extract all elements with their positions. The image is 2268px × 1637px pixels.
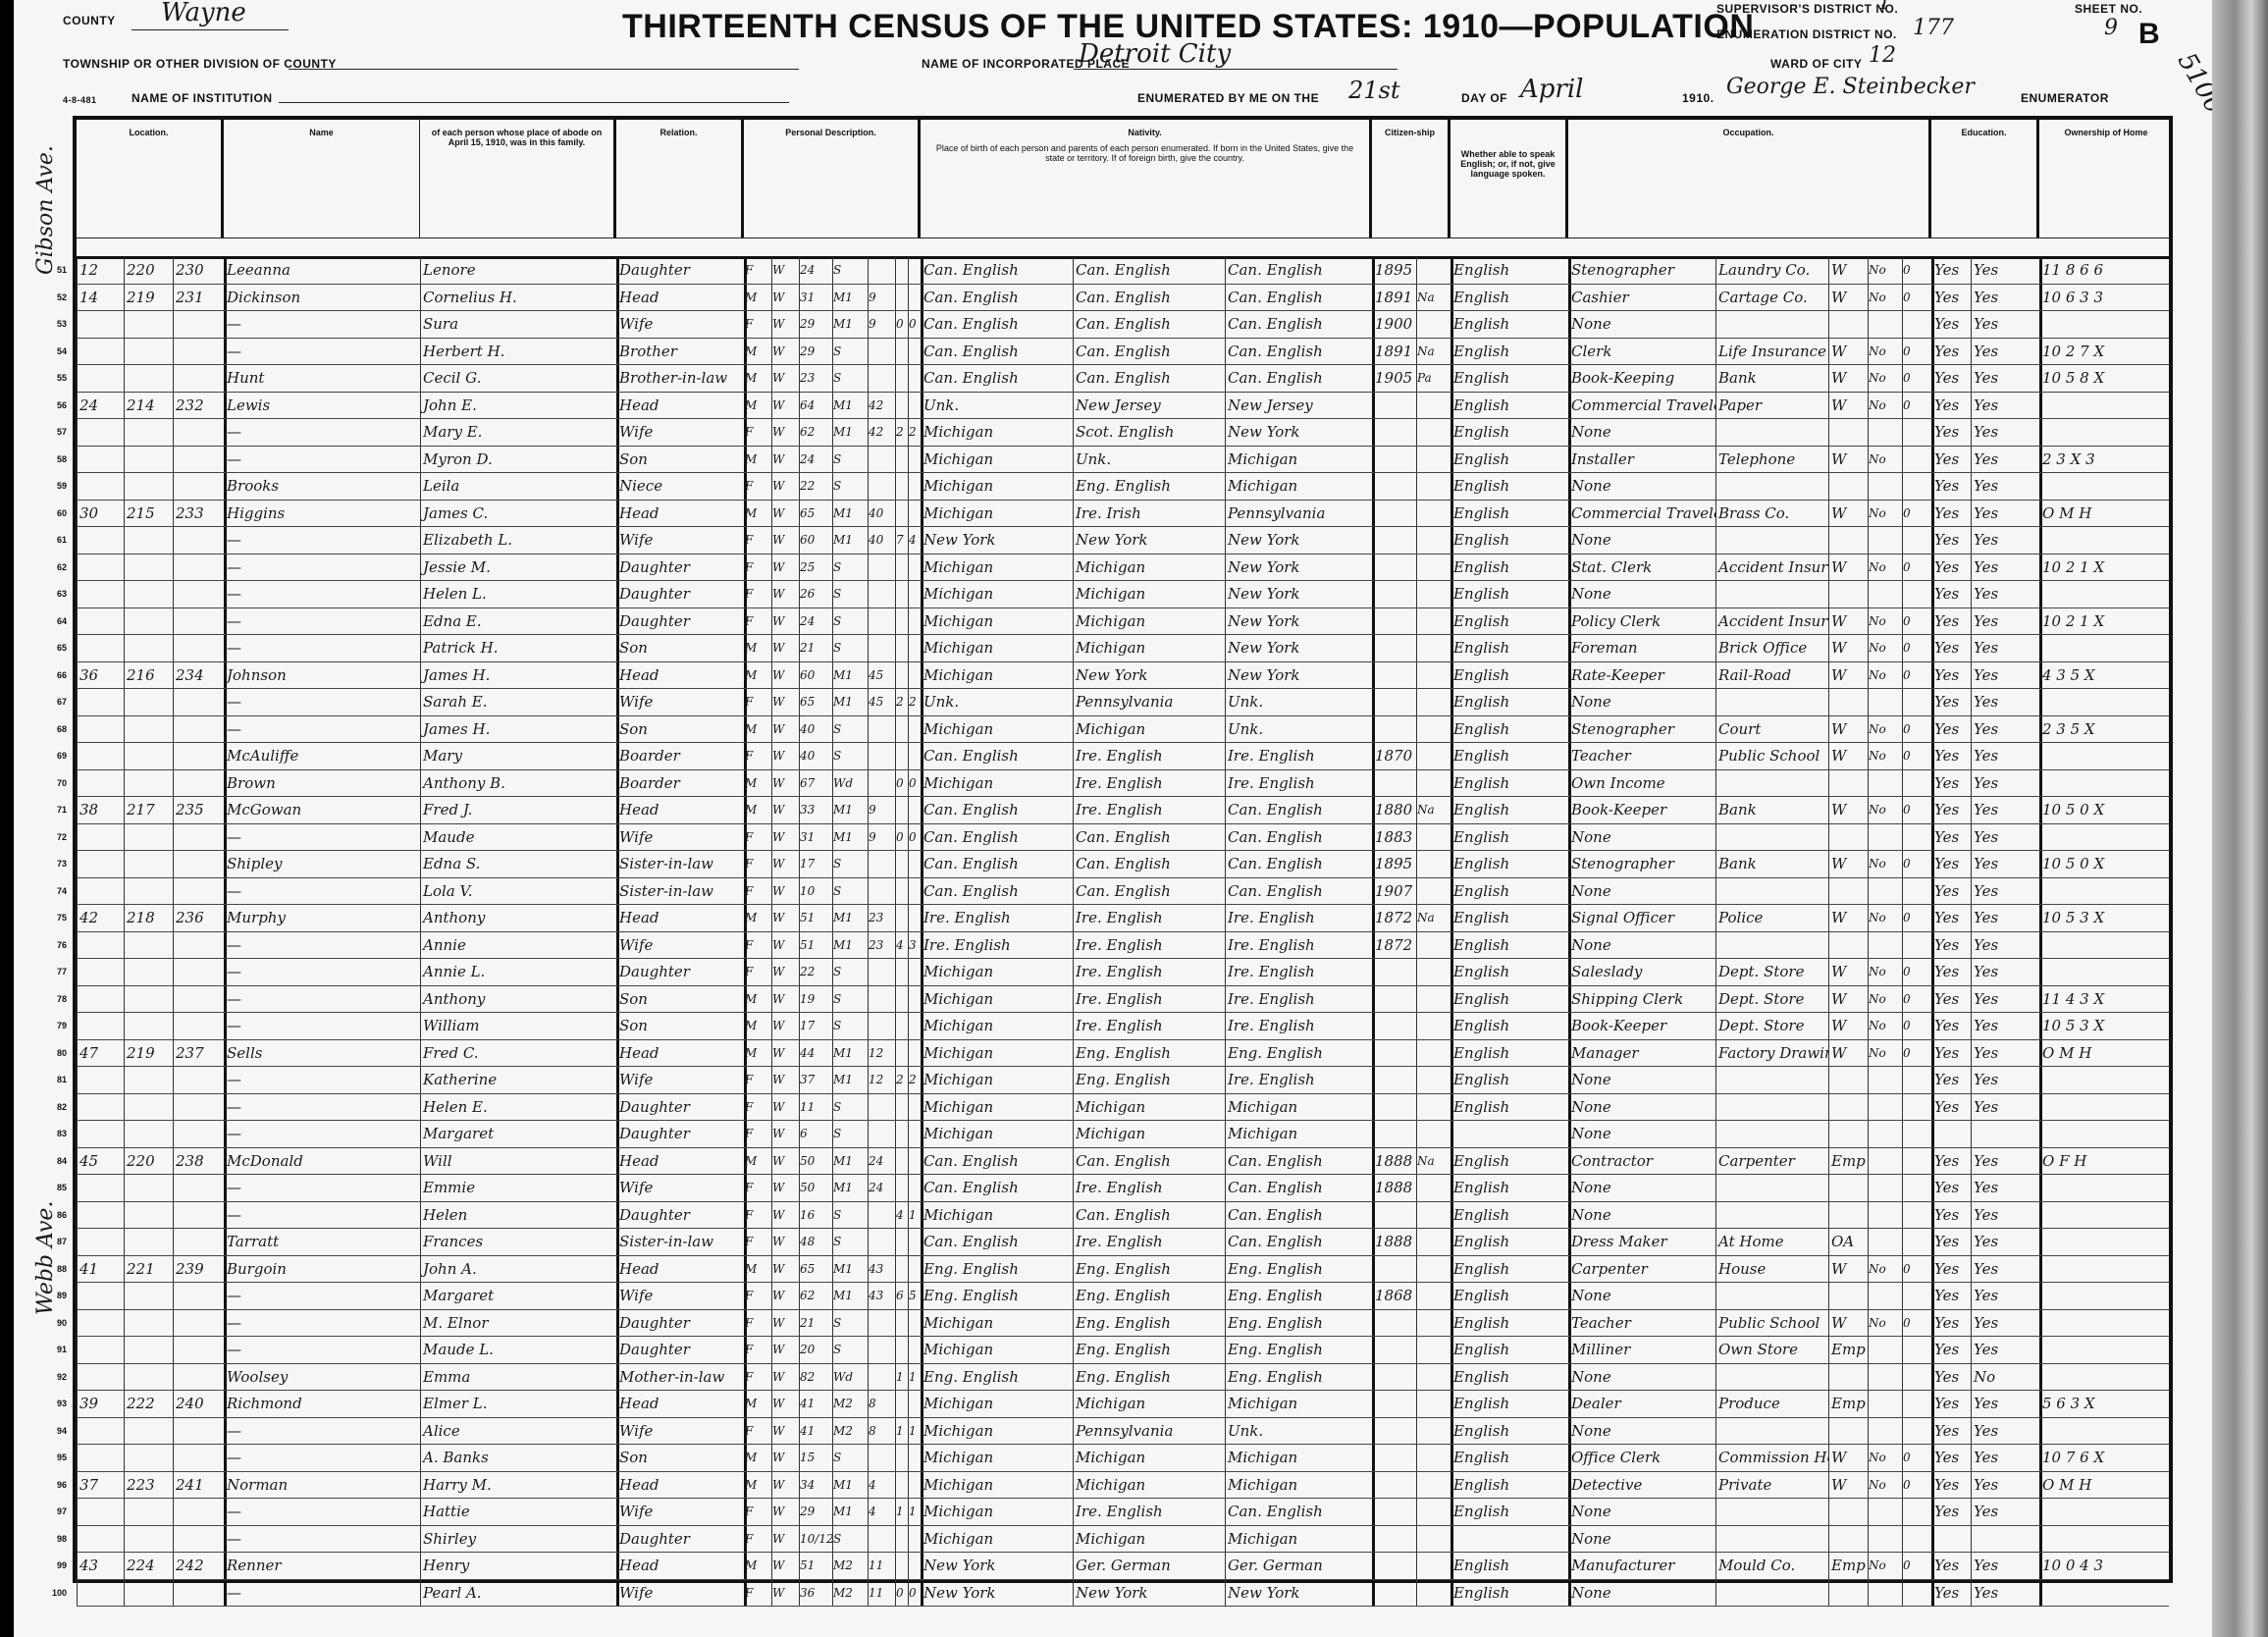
cell-industry [1715, 689, 1828, 715]
line-number: 93 [37, 1391, 67, 1416]
cell-relation: Wife [616, 1418, 744, 1445]
table-row: 61—Elizabeth L.WifeFW60M14074New YorkNew… [77, 527, 2169, 554]
cell-birth-father: Ire. English [1073, 959, 1225, 985]
cell-birth-father: Eng. English [1073, 1040, 1225, 1067]
cell-marital: M1 [832, 797, 868, 823]
cell-write: Yes [1971, 905, 2010, 931]
cell-trade: Dress Maker [1568, 1229, 1715, 1255]
cell-children-born [895, 554, 908, 581]
cell-given: James C. [420, 501, 616, 527]
line-number: 69 [37, 743, 67, 768]
cell-birth-mother: Ire. English [1225, 905, 1372, 931]
cell-birth-self: Michigan [921, 662, 1073, 689]
cell-house [77, 959, 124, 985]
table-row: 70BrownAnthony B.BoarderMW67Wd00Michigan… [77, 770, 2169, 798]
cell-sex: F [744, 1364, 771, 1391]
cell-birth-mother: Michigan [1225, 1391, 1372, 1417]
cell-age: 82 [799, 1364, 832, 1391]
cell-class [1828, 1526, 1868, 1553]
cell-immig [1372, 1094, 1416, 1121]
cell-marital: S [832, 1310, 868, 1337]
cell-relation: Head [616, 1256, 744, 1283]
cell-unemp [1868, 689, 1902, 715]
cell-dwelling [124, 1418, 173, 1445]
cell-dwelling [124, 311, 173, 338]
cell-relation: Daughter [616, 1526, 744, 1553]
cell-weeks [1902, 932, 1931, 959]
cell-dwelling [124, 851, 173, 877]
group-location: Location. [77, 120, 224, 238]
cell-house [77, 1310, 124, 1337]
cell-given: Emmie [420, 1175, 616, 1201]
cell-yrs-married [868, 1202, 895, 1229]
cell-sex: M [744, 339, 771, 365]
cell-weeks [1902, 1526, 1931, 1553]
cell-trade: Stat. Clerk [1568, 554, 1715, 581]
cell-industry: Court [1715, 716, 1828, 743]
cell-trade: None [1568, 1121, 1715, 1147]
cell-write: Yes [1971, 1283, 2010, 1309]
cell-race: W [771, 1553, 799, 1579]
cell-marital: M1 [832, 501, 868, 527]
cell-age: 65 [799, 501, 832, 527]
cell-family [173, 1067, 224, 1093]
cell-codes: 4 3 5 X [2039, 662, 2173, 689]
cell-citizen [1416, 878, 1450, 905]
cell-weeks: 0 [1902, 716, 1931, 743]
cell-birth-mother: Michigan [1225, 1445, 1372, 1471]
cell-house: 14 [77, 285, 124, 311]
cell-class: W [1828, 447, 1868, 473]
cell-dwelling: 219 [124, 285, 173, 311]
table-row: 100—Pearl A.WifeFW36M21100New YorkNew Yo… [77, 1580, 2169, 1608]
cell-given: Herbert H. [420, 339, 616, 365]
cell-house [77, 581, 124, 607]
cell-yrs-married: 43 [868, 1283, 895, 1309]
cell-weeks [1902, 473, 1931, 500]
line-number: 84 [37, 1148, 67, 1174]
cell-citizen [1416, 1202, 1450, 1229]
table-row: 6636216234JohnsonJames H.HeadMW60M145Mic… [77, 662, 2169, 690]
cell-sex: F [744, 581, 771, 607]
cell-language: English [1450, 770, 1568, 797]
cell-marital: S [832, 1445, 868, 1471]
cell-unemp: No [1868, 986, 1902, 1013]
cell-age: 37 [799, 1067, 832, 1093]
cell-relation: Head [616, 501, 744, 527]
cell-family [173, 447, 224, 473]
cell-birth-father: Michigan [1073, 635, 1225, 661]
cell-industry: Telephone [1715, 447, 1828, 473]
nativity-title: Nativity. [930, 128, 1359, 137]
cell-children-born [895, 1337, 908, 1363]
cell-children-born [895, 1526, 908, 1553]
table-row: 81—KatherineWifeFW37M11222MichiganEng. E… [77, 1067, 2169, 1094]
cell-weeks: 0 [1902, 1553, 1931, 1579]
cell-codes [2039, 473, 2173, 500]
cell-write: Yes [1971, 257, 2010, 284]
cell-birth-father: Ire. English [1073, 1229, 1225, 1255]
cell-age: 31 [799, 285, 832, 311]
cell-relation: Sister-in-law [616, 1229, 744, 1255]
cell-industry: Bank [1715, 851, 1828, 877]
table-row: 98—ShirleyDaughterFW10/12SMichiganMichig… [77, 1526, 2169, 1554]
cell-family: 232 [173, 393, 224, 419]
cell-yrs-married [868, 1121, 895, 1147]
cell-given: Anthony [420, 986, 616, 1013]
cell-children-born [895, 393, 908, 419]
cell-surname: Sells [224, 1040, 420, 1067]
cell-given: James H. [420, 716, 616, 743]
cell-surname: — [224, 1094, 420, 1121]
cell-weeks: 0 [1902, 339, 1931, 365]
cell-class: W [1828, 339, 1868, 365]
cell-weeks [1902, 1175, 1931, 1201]
cell-children-living [908, 393, 921, 419]
cell-age: 64 [799, 393, 832, 419]
cell-weeks [1902, 770, 1931, 797]
cell-children-living [908, 797, 921, 823]
cell-children-born [895, 1553, 908, 1579]
cell-immig [1372, 635, 1416, 661]
cell-dwelling [124, 1121, 173, 1147]
cell-marital: M1 [832, 393, 868, 419]
cell-industry [1715, 878, 1828, 905]
cell-trade: Manufacturer [1568, 1553, 1715, 1579]
cell-immig [1372, 662, 1416, 689]
cell-birth-father: Michigan [1073, 1445, 1225, 1471]
cell-codes: 10 2 1 X [2039, 608, 2173, 635]
cell-house [77, 851, 124, 877]
cell-children-born: 2 [895, 419, 908, 446]
cell-race: W [771, 1175, 799, 1201]
cell-children-living [908, 1310, 921, 1337]
cell-trade: Dealer [1568, 1391, 1715, 1417]
cell-surname: — [224, 932, 420, 959]
cell-birth-mother: New York [1225, 419, 1372, 446]
cell-unemp: No [1868, 393, 1902, 419]
line-number: 65 [37, 635, 67, 660]
cell-birth-mother: Michigan [1225, 1526, 1372, 1553]
cell-sex: M [744, 1553, 771, 1579]
cell-unemp: No [1868, 1256, 1902, 1283]
cell-dwelling [124, 447, 173, 473]
cell-family [173, 1229, 224, 1255]
cell-unemp: No [1868, 257, 1902, 284]
cell-industry [1715, 1499, 1828, 1525]
cell-birth-self: Michigan [921, 1013, 1073, 1039]
cell-marital: M1 [832, 419, 868, 446]
cell-yrs-married [868, 473, 895, 500]
cell-write: Yes [1971, 959, 2010, 985]
cell-birth-father: Can. English [1073, 851, 1225, 877]
cell-children-born: 0 [895, 824, 908, 851]
cell-unemp [1868, 1202, 1902, 1229]
cell-codes: O M H [2039, 501, 2173, 527]
cell-trade: None [1568, 1526, 1715, 1553]
cell-birth-father: Ire. English [1073, 1499, 1225, 1525]
cell-citizen [1416, 501, 1450, 527]
cell-citizen [1416, 932, 1450, 959]
cell-children-living: 1 [908, 1364, 921, 1391]
cell-marital: M1 [832, 1283, 868, 1309]
cell-read: Yes [1931, 339, 1971, 365]
cell-children-born: 1 [895, 1364, 908, 1391]
cell-class [1828, 878, 1868, 905]
enumerator-name: George E. Steinbecker [1726, 75, 1975, 99]
cell-relation: Daughter [616, 581, 744, 607]
line-number: 62 [37, 554, 67, 580]
cell-immig: 1905 [1372, 365, 1416, 392]
cell-industry [1715, 1418, 1828, 1445]
cell-read: Yes [1931, 986, 1971, 1013]
cell-race: W [771, 878, 799, 905]
cell-citizen: Na [1416, 797, 1450, 823]
cell-class: W [1828, 1040, 1868, 1067]
cell-yrs-married: 45 [868, 662, 895, 689]
cell-trade: Stenographer [1568, 257, 1715, 284]
cell-birth-mother: Michigan [1225, 1121, 1372, 1147]
cell-race: W [771, 419, 799, 446]
cell-given: Leila [420, 473, 616, 500]
cell-trade: Manager [1568, 1040, 1715, 1067]
cell-industry: At Home [1715, 1229, 1828, 1255]
line-number: 53 [37, 311, 67, 337]
cell-birth-self: Unk. [921, 393, 1073, 419]
cell-industry: Bank [1715, 797, 1828, 823]
cell-children-born: 4 [895, 1202, 908, 1229]
cell-birth-self: New York [921, 527, 1073, 554]
group-nativity: Nativity. Place of birth of each person … [921, 120, 1372, 238]
cell-trade: Teacher [1568, 743, 1715, 769]
cell-given: Patrick H. [420, 635, 616, 661]
day-of-label: day of [1461, 91, 1507, 105]
census-sheet: County Wayne THIRTEENTH CENSUS OF THE UN… [14, 0, 2212, 1637]
cell-surname: Shipley [224, 851, 420, 877]
cell-codes [2039, 1067, 2173, 1093]
cell-codes [2039, 1310, 2173, 1337]
cell-surname: — [224, 1526, 420, 1553]
line-number: 91 [37, 1337, 67, 1362]
cell-codes: 2 3 5 X [2039, 716, 2173, 743]
cell-sex: F [744, 1580, 771, 1607]
cell-read: Yes [1931, 419, 1971, 446]
cell-relation: Boarder [616, 743, 744, 769]
cell-house [77, 1175, 124, 1201]
cell-dwelling [124, 419, 173, 446]
cell-marital: S [832, 581, 868, 607]
cell-race: W [771, 1310, 799, 1337]
cell-race: W [771, 1337, 799, 1363]
line-number: 63 [37, 581, 67, 607]
cell-relation: Son [616, 1445, 744, 1471]
cell-children-born [895, 716, 908, 743]
cell-children-born [895, 1040, 908, 1067]
cell-citizen [1416, 1094, 1450, 1121]
cell-house: 43 [77, 1553, 124, 1579]
cell-read: Yes [1931, 581, 1971, 607]
table-row: 54—Herbert H.BrotherMW29SCan. EnglishCan… [77, 339, 2169, 366]
cell-trade: None [1568, 527, 1715, 554]
cell-class: W [1828, 635, 1868, 661]
cell-dwelling [124, 1499, 173, 1525]
cell-surname: Higgins [224, 501, 420, 527]
cell-children-born [895, 339, 908, 365]
cell-write: Yes [1971, 447, 2010, 473]
cell-marital: M1 [832, 1148, 868, 1175]
cell-family [173, 770, 224, 797]
cell-write: Yes [1971, 1472, 2010, 1499]
table-row: 5112220230LeeannaLenoreDaughterFW24SCan.… [77, 257, 2169, 285]
cell-unemp [1868, 1364, 1902, 1391]
cell-children-born [895, 1229, 908, 1255]
cell-citizen [1416, 447, 1450, 473]
cell-birth-father: Can. English [1073, 1202, 1225, 1229]
cell-citizen [1416, 1121, 1450, 1147]
cell-immig [1372, 716, 1416, 743]
cell-language: English [1450, 608, 1568, 635]
cell-given: Katherine [420, 1067, 616, 1093]
cell-children-born [895, 365, 908, 392]
cell-read: Yes [1931, 959, 1971, 985]
cell-immig [1372, 608, 1416, 635]
cell-relation: Daughter [616, 257, 744, 284]
cell-sex: M [744, 285, 771, 311]
cell-sex: F [744, 1499, 771, 1525]
cell-children-living: 0 [908, 1580, 921, 1607]
cell-birth-father: New York [1073, 527, 1225, 554]
cell-children-living [908, 635, 921, 661]
cell-codes: 2 3 X 3 [2039, 447, 2173, 473]
cell-children-born [895, 797, 908, 823]
cell-dwelling [124, 1202, 173, 1229]
table-row: 5624214232LewisJohn E.HeadMW64M142Unk.Ne… [77, 393, 2169, 420]
cell-children-living [908, 339, 921, 365]
cell-sex: F [744, 257, 771, 284]
name-instructions: of each person whose place of abode on A… [432, 128, 603, 147]
cell-trade: None [1568, 1364, 1715, 1391]
cell-children-living [908, 501, 921, 527]
cell-given: Myron D. [420, 447, 616, 473]
cell-family [173, 608, 224, 635]
cell-sex: F [744, 743, 771, 769]
cell-race: W [771, 824, 799, 851]
cell-surname: — [224, 635, 420, 661]
cell-write: Yes [1971, 1040, 2010, 1067]
cell-class: W [1828, 1013, 1868, 1039]
cell-dwelling: 220 [124, 257, 173, 284]
line-number: 60 [37, 501, 67, 526]
cell-citizen [1416, 716, 1450, 743]
cell-codes [2039, 393, 2173, 419]
cell-codes: 5 6 3 X [2039, 1391, 2173, 1417]
cell-age: 17 [799, 851, 832, 877]
cell-marital: S [832, 878, 868, 905]
cell-race: W [771, 1418, 799, 1445]
cell-given: Cornelius H. [420, 285, 616, 311]
cell-write: Yes [1971, 662, 2010, 689]
cell-birth-father: Eng. English [1073, 1283, 1225, 1309]
cell-language: English [1450, 1094, 1568, 1121]
cell-trade: Cashier [1568, 285, 1715, 311]
table-row: 53—SuraWifeFW29M1900Can. EnglishCan. Eng… [77, 311, 2169, 339]
cell-class: W [1828, 797, 1868, 823]
cell-sex: F [744, 1175, 771, 1201]
cell-unemp: No [1868, 662, 1902, 689]
cell-yrs-married [868, 878, 895, 905]
cell-citizen: Na [1416, 1148, 1450, 1175]
cell-language: English [1450, 905, 1568, 931]
cell-citizen [1416, 635, 1450, 661]
cell-birth-mother: New York [1225, 581, 1372, 607]
cell-codes [2039, 824, 2173, 851]
cell-family [173, 554, 224, 581]
cell-relation: Head [616, 797, 744, 823]
cell-family [173, 1283, 224, 1309]
cell-write: Yes [1971, 1337, 2010, 1363]
cell-surname: — [224, 447, 420, 473]
cell-age: 19 [799, 986, 832, 1013]
cell-write: Yes [1971, 716, 2010, 743]
line-number: 97 [37, 1499, 67, 1524]
cell-birth-father: Unk. [1073, 447, 1225, 473]
cell-citizen [1416, 1418, 1450, 1445]
cell-weeks: 0 [1902, 285, 1931, 311]
line-number: 71 [37, 797, 67, 822]
cell-trade: None [1568, 689, 1715, 715]
cell-birth-mother: Unk. [1225, 689, 1372, 715]
cell-industry [1715, 581, 1828, 607]
cell-language: English [1450, 932, 1568, 959]
cell-class [1828, 311, 1868, 338]
cell-yrs-married: 12 [868, 1067, 895, 1093]
cell-dwelling: 216 [124, 662, 173, 689]
cell-given: Henry [420, 1553, 616, 1579]
cell-dwelling [124, 1013, 173, 1039]
cell-race: W [771, 1067, 799, 1093]
cell-immig [1372, 1013, 1416, 1039]
cell-industry: Rail-Road [1715, 662, 1828, 689]
cell-age: 6 [799, 1121, 832, 1147]
cell-class [1828, 473, 1868, 500]
cell-relation: Wife [616, 1499, 744, 1525]
cell-citizen [1416, 419, 1450, 446]
cell-birth-mother: Michigan [1225, 1472, 1372, 1499]
cell-codes [2039, 581, 2173, 607]
table-row: 91—Maude L.DaughterFW20SMichiganEng. Eng… [77, 1337, 2169, 1364]
cell-birth-father: Michigan [1073, 1121, 1225, 1147]
cell-immig: 1895 [1372, 257, 1416, 284]
cell-dwelling [124, 770, 173, 797]
cell-age: 25 [799, 554, 832, 581]
cell-race: W [771, 501, 799, 527]
cell-codes: 10 2 1 X [2039, 554, 2173, 581]
cell-house [77, 1283, 124, 1309]
cell-read: Yes [1931, 932, 1971, 959]
group-occupation: Occupation. [1568, 120, 1931, 238]
cell-language: English [1450, 662, 1568, 689]
cell-sex: F [744, 1283, 771, 1309]
cell-write: Yes [1971, 1202, 2010, 1229]
cell-citizen [1416, 1283, 1450, 1309]
cell-relation: Head [616, 662, 744, 689]
cell-given: Jessie M. [420, 554, 616, 581]
year-label: 1910. [1682, 91, 1714, 105]
cell-citizen [1416, 1445, 1450, 1471]
cell-codes [2039, 1121, 2173, 1147]
cell-surname: — [224, 878, 420, 905]
cell-birth-mother: Can. English [1225, 285, 1372, 311]
